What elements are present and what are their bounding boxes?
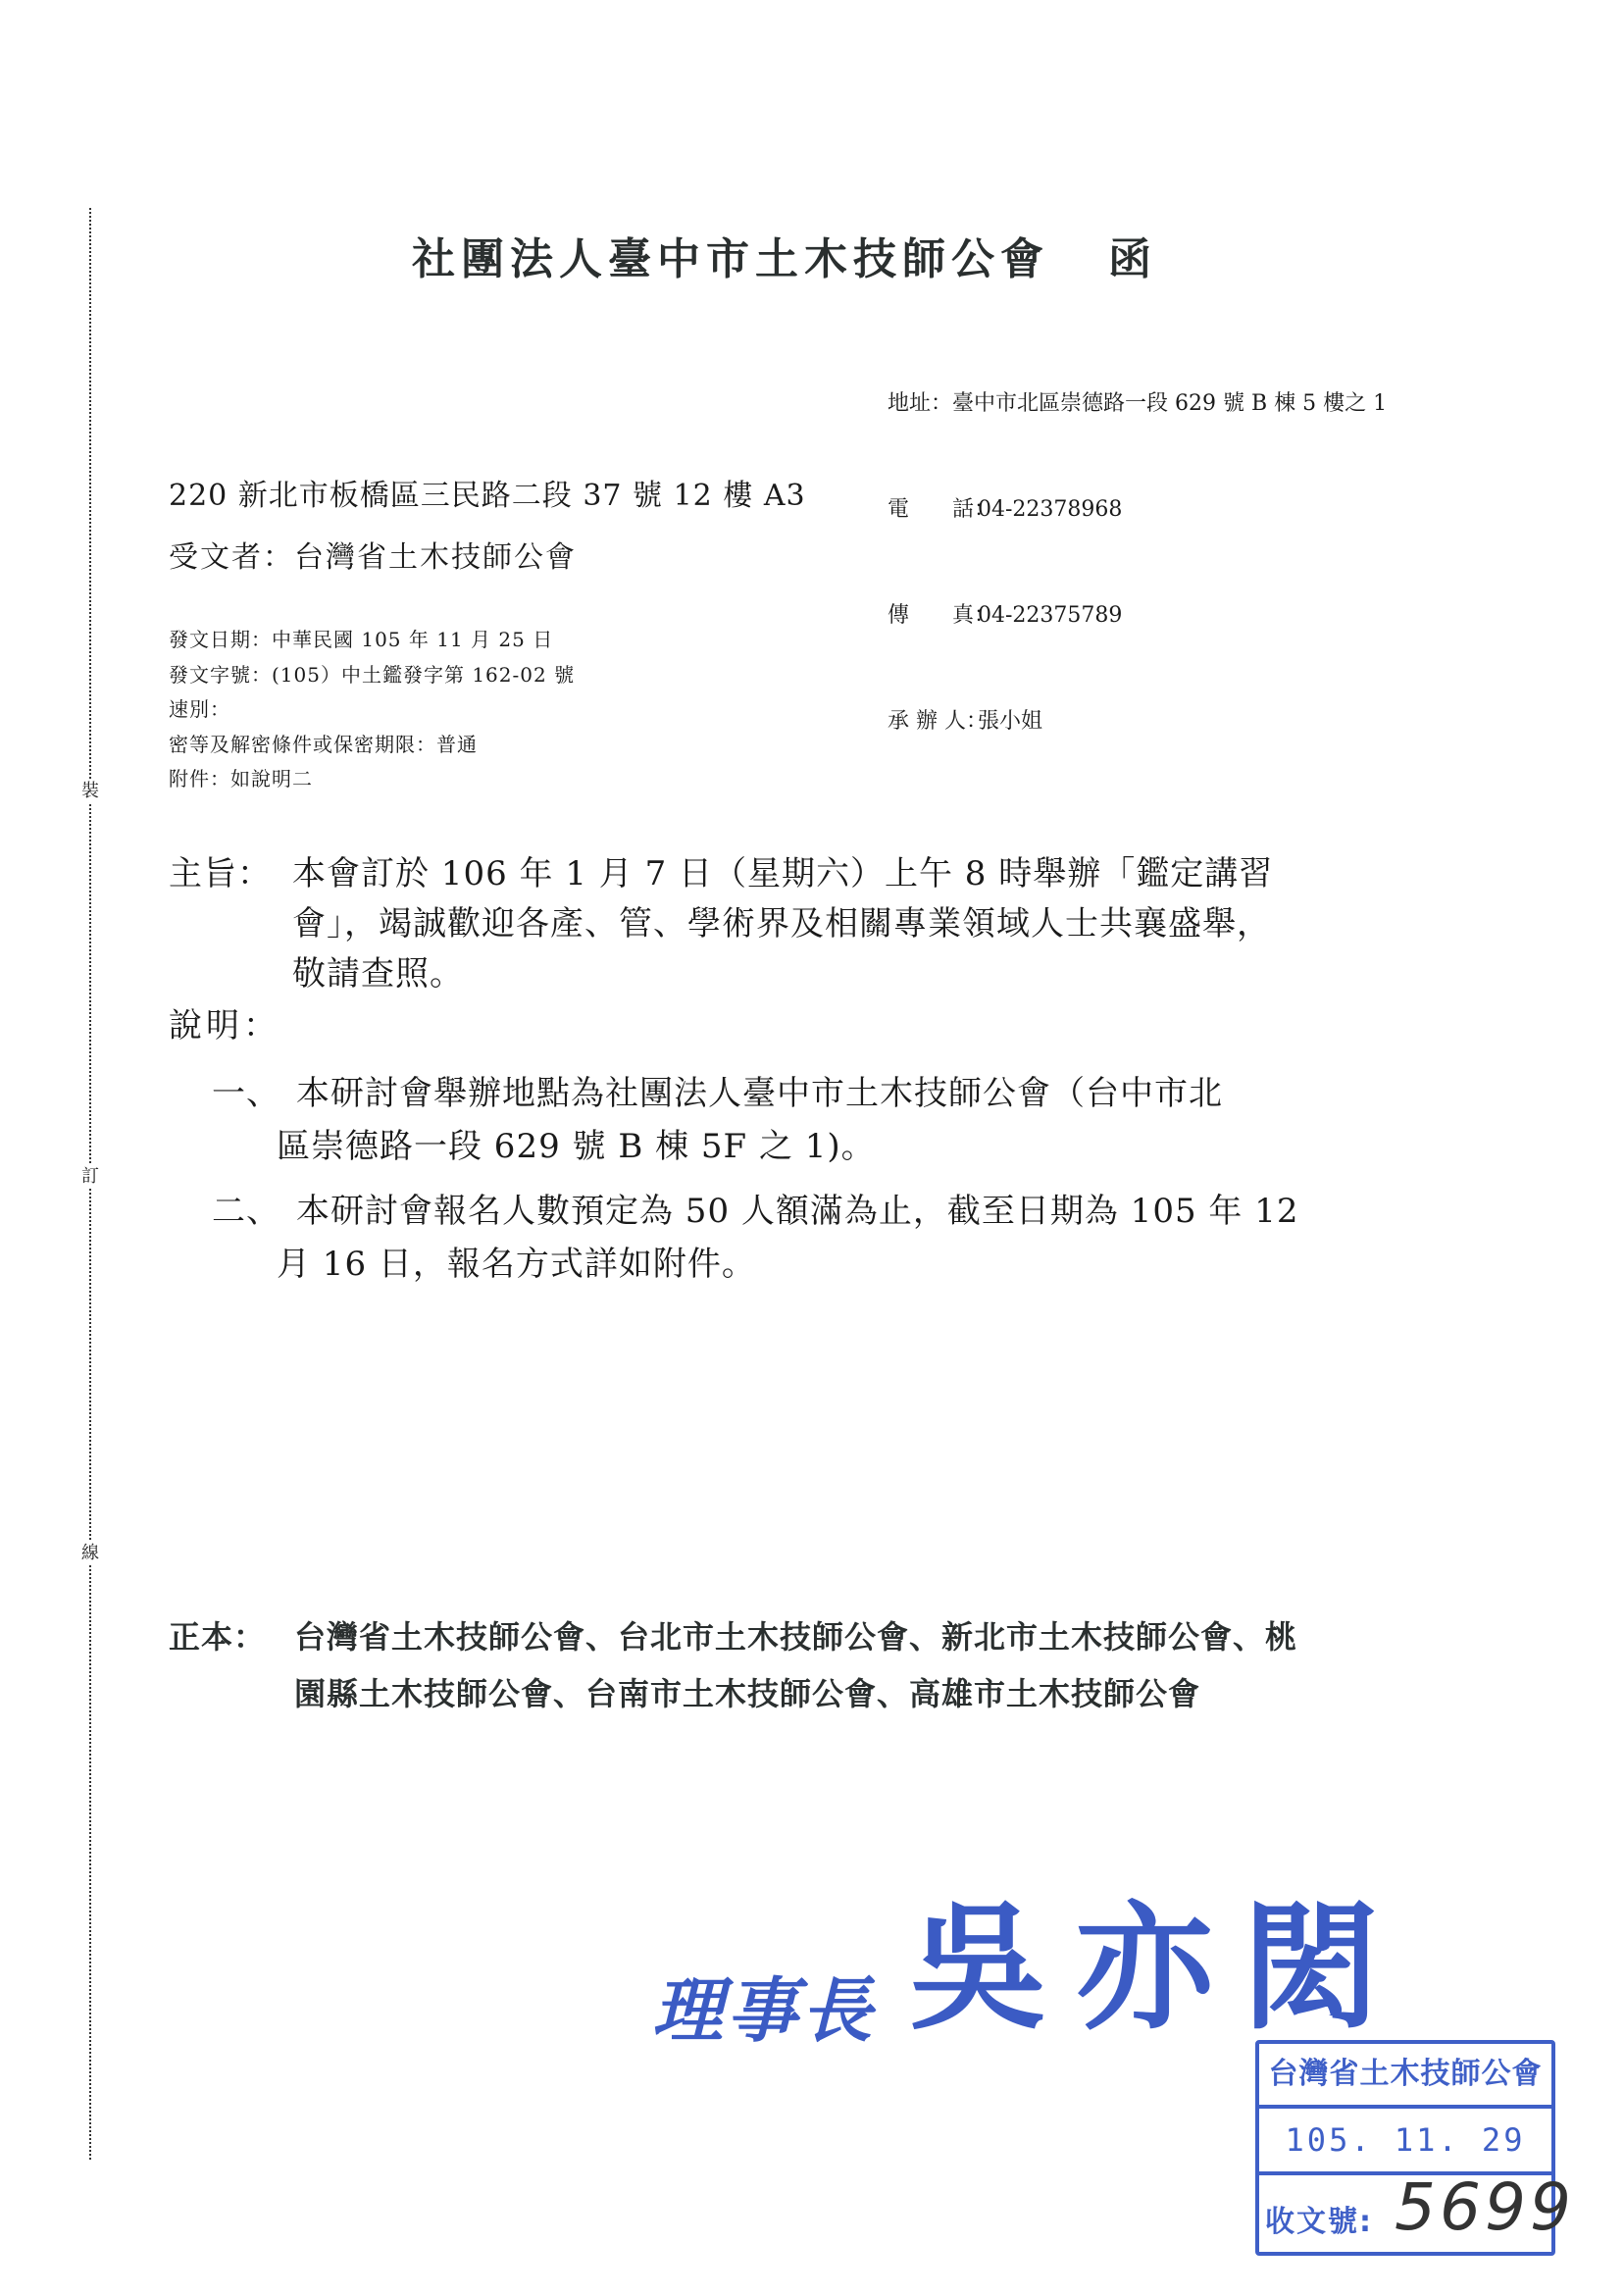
document-title: 社團法人臺中市土木技師公會函	[412, 224, 1157, 286]
explanation-item: 二、 本研討會報名人數預定為 50 人額滿為止，截至日期為 105 年 12 月…	[169, 1185, 1298, 1291]
item-line: 本研討會舉辦地點為社團法人臺中市土木技師公會（台中市北	[296, 1067, 1298, 1120]
recipient-line: 受文者：台灣省土木技師公會	[169, 533, 577, 576]
contact-address-row: 地址：臺中市北區崇德路一段 629 號 B 棟 5 樓之 1	[888, 386, 1387, 422]
copies-label: 正本：	[169, 1608, 266, 1665]
explanation-list: 一、 本研討會舉辦地點為社團法人臺中市土木技師公會（台中市北 區崇德路一段 62…	[169, 1067, 1298, 1302]
explanation-item: 一、 本研討會舉辦地點為社團法人臺中市土木技師公會（台中市北 區崇德路一段 62…	[169, 1067, 1298, 1173]
recipient-name: 台灣省土木技師公會	[294, 540, 577, 575]
stamp-date: 105. 11. 29	[1259, 2109, 1551, 2175]
item-number: 二、	[212, 1185, 280, 1238]
ref-label: 發文字號：	[169, 663, 272, 687]
subject-line: 本會訂於 106 年 1 月 7 日（星期六）上午 8 時舉辦「鑑定講習	[292, 849, 1624, 899]
signature-title: 理事長	[652, 1968, 876, 2052]
subject-line: 敬請查照。	[292, 949, 1624, 999]
subject-body: 本會訂於 106 年 1 月 7 日（星期六）上午 8 時舉辦「鑑定講習 會」，…	[292, 849, 1624, 999]
contact-fax-row: 傳 真：04-22375789	[888, 598, 1387, 634]
explanation-label: 說明：	[169, 998, 280, 1046]
subject-label: 主旨：	[169, 849, 272, 899]
stamp-receipt-row: 收文號: 5699	[1259, 2175, 1551, 2252]
recipient-address: 220 新北市板橋區三民路二段 37 號 12 樓 A3	[169, 471, 806, 514]
contact-handler-row: 承 辦 人：張小姐	[888, 704, 1387, 739]
receipt-number-label: 收文號:	[1265, 2197, 1373, 2240]
fax-label: 傳 真：	[888, 598, 978, 634]
receipt-number-handwritten: 5699	[1395, 2169, 1575, 2245]
fax-number: 04-22375789	[978, 598, 1122, 634]
secrecy-label: 密等及解密條件或保密期限：	[169, 733, 436, 756]
binding-char-xian: 線	[78, 1542, 102, 1565]
binding-char-zhuang: 裝	[78, 780, 102, 803]
item-line: 本研討會報名人數預定為 50 人額滿為止，截至日期為 105 年 12	[296, 1185, 1298, 1238]
copies-line: 台灣省土木技師公會、台北市土木技師公會、新北市土木技師公會、桃	[294, 1608, 1297, 1665]
document-type: 函	[1108, 234, 1157, 284]
chairman-signature-seal: 理事長吳亦閎	[652, 1859, 1409, 2056]
speed-label: 速別：	[169, 697, 230, 721]
handler-label: 承 辦 人：	[888, 704, 978, 739]
signature-name: 吳亦閎	[909, 1888, 1409, 2049]
issue-date: 中華民國 105 年 11 月 25 日	[272, 628, 553, 651]
item-number: 一、	[212, 1067, 280, 1120]
document-meta: 發文日期：中華民國 105 年 11 月 25 日 發文字號：(105）中土鑑發…	[169, 623, 575, 797]
sender-address: 臺中市北區崇德路一段 629 號 B 棟 5 樓之 1	[952, 386, 1387, 422]
meta-speed-row: 速別：	[169, 692, 575, 728]
date-label: 發文日期：	[169, 628, 272, 651]
handler-name: 張小姐	[978, 704, 1042, 739]
meta-attachment-row: 附件：如說明二	[169, 762, 575, 797]
copies-line: 園縣土木技師公會、台南市土木技師公會、高雄市土木技師公會	[294, 1665, 1297, 1722]
attachment-value: 如說明二	[230, 767, 313, 790]
secrecy-value: 普通	[436, 733, 478, 756]
item-line: 月 16 日，報名方式詳如附件。	[277, 1238, 1298, 1291]
meta-secrecy-row: 密等及解密條件或保密期限：普通	[169, 728, 575, 763]
binding-char-ding: 訂	[78, 1165, 102, 1189]
meta-ref-row: 發文字號：(105）中土鑑發字第 162-02 號	[169, 658, 575, 693]
copies-body: 台灣省土木技師公會、台北市土木技師公會、新北市土木技師公會、桃 園縣土木技師公會…	[294, 1608, 1297, 1722]
phone-number: 04-22378968	[978, 492, 1122, 528]
attachment-label: 附件：	[169, 767, 230, 790]
address-label: 地址：	[888, 386, 952, 422]
receipt-stamp: 台灣省土木技師公會 105. 11. 29 收文號: 5699	[1255, 2040, 1555, 2256]
reference-number: (105）中土鑑發字第 162-02 號	[272, 663, 575, 687]
item-line: 區崇德路一段 629 號 B 棟 5F 之 1)。	[277, 1120, 1298, 1173]
recipient-label: 受文者：	[169, 540, 294, 575]
stamp-organization: 台灣省土木技師公會	[1259, 2044, 1551, 2109]
subject-line: 會」，竭誠歡迎各產、管、學術界及相關專業領域人士共襄盛舉，	[292, 899, 1624, 949]
contact-phone-row: 電 話：04-22378968	[888, 492, 1387, 528]
organization-name: 社團法人臺中市土木技師公會	[412, 234, 1049, 284]
contact-block: 地址：臺中市北區崇德路一段 629 號 B 棟 5 樓之 1 電 話：04-22…	[888, 316, 1387, 775]
meta-date-row: 發文日期：中華民國 105 年 11 月 25 日	[169, 623, 575, 658]
phone-label: 電 話：	[888, 492, 978, 528]
